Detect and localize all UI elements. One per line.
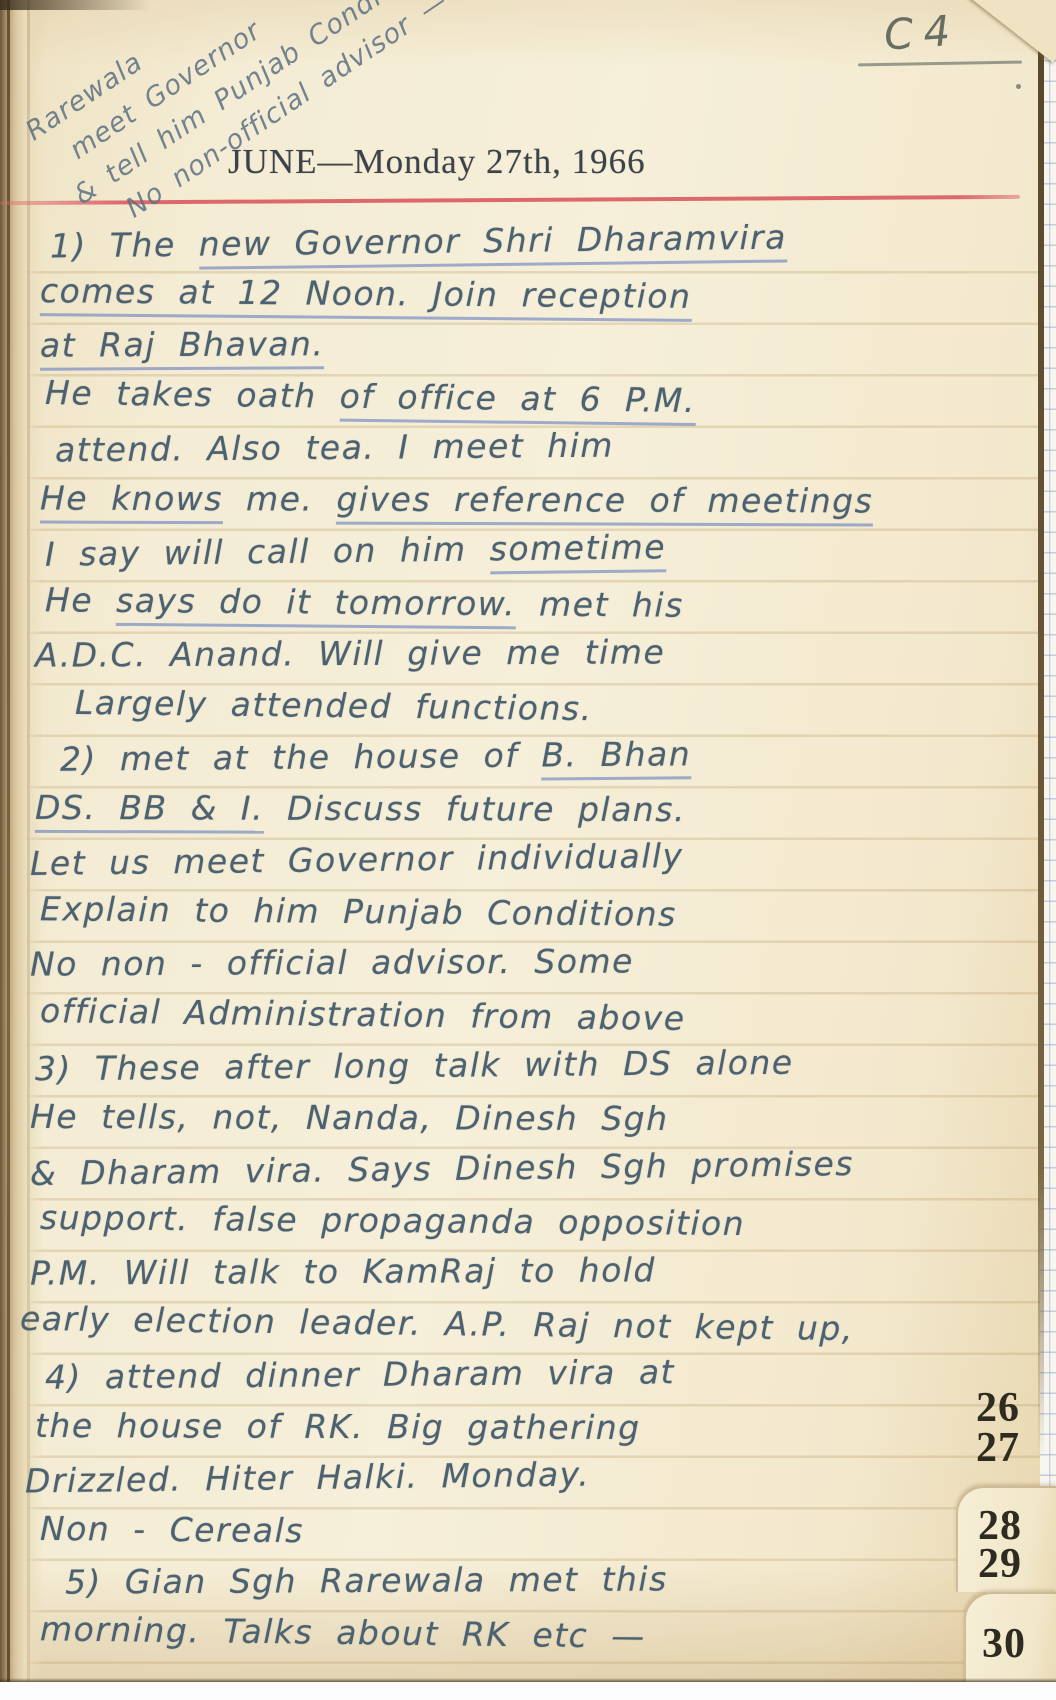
phrase: early election leader. A.P. Raj not kept… <box>20 1298 854 1347</box>
handwritten-line: 2) met at the house of B. Bhan <box>60 734 691 779</box>
diary-scan: JUNE—Monday 27th, 1966 C4 Rarewala meet … <box>0 0 1056 1700</box>
handwritten-line: He knows me. gives reference of meetings <box>40 478 873 520</box>
phrase: P.M. Will talk to KamRaj to hold <box>30 1250 656 1292</box>
handwritten-line: He says do it tomorrow. met his <box>45 580 684 625</box>
underlined-phrase: of office at 6 P.M. <box>339 376 696 425</box>
phrase: met his <box>516 584 684 624</box>
handwritten-line: at Raj Bhavan. <box>40 324 325 364</box>
handwritten-line: Largely attended functions. <box>75 682 593 727</box>
page-edge-line <box>1038 0 1044 1460</box>
handwritten-line: attend. Also tea. I meet him <box>55 426 614 470</box>
handwritten-line: 3) These after long talk with DS alone <box>35 1043 794 1089</box>
phrase: I say will call on him <box>45 529 490 573</box>
phrase: morning. Talks about RK etc — <box>40 1609 646 1655</box>
underlined-phrase: sometime <box>489 527 666 574</box>
handwriting-lines: 1) The new Governor Shri Dharamviracomes… <box>30 0 1030 1700</box>
underlined-phrase: gives reference of meetings <box>336 479 873 526</box>
handwritten-line: comes at 12 Noon. Join reception <box>40 271 692 316</box>
underlined-phrase: says do it tomorrow. <box>116 580 516 628</box>
handwritten-line: He tells, not, Nanda, Dinesh Sgh <box>30 1096 669 1137</box>
underlined-phrase: DS. BB & I. <box>35 787 264 833</box>
phrase: 1) The <box>50 225 199 266</box>
phrase: Largely attended functions. <box>75 682 593 727</box>
underlined-phrase: at Raj Bhavan. <box>40 324 325 370</box>
phrase: & Dharam vira. Says Dinesh Sgh promises <box>30 1144 854 1193</box>
handwritten-line: 4) attend dinner Dharam vira at <box>45 1352 675 1396</box>
handwritten-line: DS. BB & I. Discuss future plans. <box>35 787 686 828</box>
handwritten-line: 1) The new Governor Shri Dharamvira <box>50 218 787 266</box>
date-tab-29: 29 <box>978 1540 1022 1588</box>
phrase: 3) These after long talk with DS alone <box>35 1043 794 1089</box>
handwritten-line: & Dharam vira. Says Dinesh Sgh promises <box>30 1144 854 1193</box>
phrase: support. false propaganda opposition <box>40 1197 745 1242</box>
underlined-phrase: B. Bhan <box>541 734 691 780</box>
phrase: official Administration from above <box>40 991 686 1038</box>
handwritten-line: Explain to him Punjab Conditions <box>40 889 677 934</box>
scan-bottom-edge <box>0 1682 1056 1700</box>
phrase: the house of RK. Big gathering <box>35 1405 641 1446</box>
phrase: He <box>45 580 116 620</box>
handwritten-line: P.M. Will talk to KamRaj to hold <box>30 1250 656 1292</box>
handwritten-line: the house of RK. Big gathering <box>35 1405 641 1446</box>
handwritten-line: I say will call on him sometime <box>45 527 666 574</box>
phrase: attend. Also tea. I meet him <box>55 426 614 470</box>
handwritten-line: early election leader. A.P. Raj not kept… <box>20 1298 854 1347</box>
date-tab-30: 30 <box>982 1620 1026 1668</box>
phrase: Let us meet Governor individually <box>30 836 684 883</box>
phrase: No non - official advisor. Some <box>30 941 634 983</box>
phrase: Drizzled. Hiter Halki. Monday. <box>25 1455 591 1501</box>
underlined-phrase: new Governor Shri Dharamvira <box>199 218 788 270</box>
handwritten-line: Drizzled. Hiter Halki. Monday. <box>25 1455 591 1501</box>
phrase: A.D.C. Anand. Will give me time <box>35 632 665 674</box>
handwritten-line: Non - Cereals <box>40 1508 304 1549</box>
underlined-phrase: comes at 12 Noon. Join reception <box>40 271 692 322</box>
phrase: 2) met at the house of <box>60 736 542 779</box>
date-tab-27: 27 <box>976 1424 1020 1472</box>
phrase: 5) Gian Sgh Rarewala met this <box>65 1559 668 1601</box>
handwritten-line: A.D.C. Anand. Will give me time <box>35 632 665 674</box>
underlined-phrase: He knows <box>40 478 223 524</box>
phrase: Explain to him Punjab Conditions <box>40 889 677 934</box>
handwritten-line: He takes oath of office at 6 P.M. <box>45 373 696 420</box>
handwritten-line: 5) Gian Sgh Rarewala met this <box>65 1559 668 1601</box>
phrase: Non - Cereals <box>40 1508 304 1549</box>
handwritten-line: official Administration from above <box>40 991 686 1038</box>
handwritten-line: morning. Talks about RK etc — <box>40 1609 646 1655</box>
phrase: Discuss future plans. <box>264 788 686 828</box>
handwritten-line: No non - official advisor. Some <box>30 941 634 983</box>
phrase: He takes oath <box>45 373 340 416</box>
handwritten-line: support. false propaganda opposition <box>40 1197 745 1242</box>
phrase: 4) attend dinner Dharam vira at <box>45 1352 675 1396</box>
handwritten-line: Let us meet Governor individually <box>30 836 684 883</box>
binding-crease <box>7 0 10 1682</box>
phrase: He tells, not, Nanda, Dinesh Sgh <box>30 1096 669 1137</box>
phrase: me. <box>223 479 337 518</box>
